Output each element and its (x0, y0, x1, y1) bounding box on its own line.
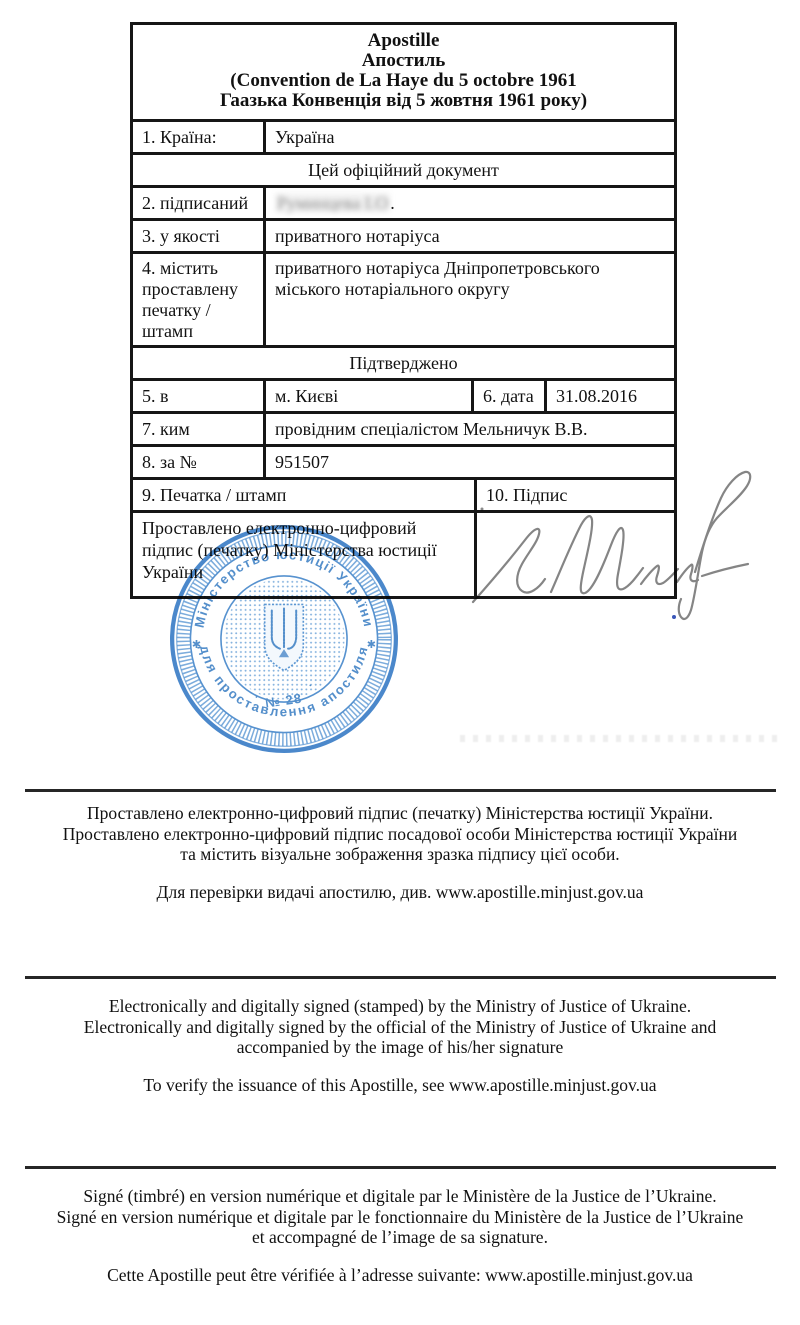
section-certified: Підтверджено (133, 348, 674, 378)
acting-as-label: 3. у якості (133, 221, 266, 251)
divider-rule-1 (25, 789, 776, 792)
trident-shield-icon (265, 604, 304, 670)
redacted-name-suffix: . (390, 193, 395, 213)
table-row-bears-seal: 4. містить проставлену печатку / штамп п… (133, 251, 674, 345)
table-row-signed-by: 2. підписаний Руминцева І.О. (133, 185, 674, 218)
title-apostille-ua: Апостиль (143, 51, 664, 71)
en-verification-line: To verify the issuance of this Apostille… (0, 1075, 800, 1096)
section-official-document: Цей офіційний документ (133, 155, 674, 185)
scan-noise (460, 735, 780, 742)
ua-line3: та містить візуальне зображення зразка п… (0, 844, 800, 865)
by-whom-label: 7. ким (133, 414, 266, 444)
ua-verification-line: Для перевірки видачі апостилю, див. www.… (0, 882, 800, 903)
handwritten-signature (455, 440, 775, 640)
number-label: 8. за № (133, 447, 266, 477)
title-convention-fr: (Convention de La Haye du 5 octobre 1961 (143, 71, 664, 91)
bears-seal-value-line1: приватного нотаріуса Дніпропетровського (275, 258, 665, 279)
place-value: м. Києві (266, 381, 474, 411)
en-line2: Electronically and digitally signed by t… (0, 1017, 800, 1038)
signed-by-value: Руминцева І.О. (266, 188, 674, 218)
table-header-row: Apostille Апостиль (Convention de La Hay… (133, 25, 674, 119)
country-label: 1. Країна: (133, 122, 266, 152)
table-row-section-certified: Підтверджено (133, 345, 674, 378)
fr-line1: Signé (timbré) en version numérique et d… (0, 1186, 800, 1207)
fr-verification-line: Cette Apostille peut être vérifiée à l’a… (0, 1265, 800, 1286)
english-certification-block: Electronically and digitally signed (sta… (0, 996, 800, 1095)
bears-seal-value: приватного нотаріуса Дніпропетровського … (266, 254, 674, 345)
seal-stamp-label: 9. Печатка / штамп (133, 480, 477, 510)
apostille-title-block: Apostille Апостиль (Convention de La Hay… (133, 25, 674, 119)
table-row-section-official-document: Цей офіційний документ (133, 152, 674, 185)
table-row-acting-as: 3. у якості приватного нотаріуса (133, 218, 674, 251)
pencil-dot (481, 508, 484, 511)
ministry-justice-round-stamp: Міністерство юстиції України для простав… (164, 519, 404, 759)
divider-rule-3 (25, 1166, 776, 1169)
fr-line3: et accompagné de l’image de sa signature… (0, 1227, 800, 1248)
country-value: Україна (266, 122, 674, 152)
table-row-country: 1. Країна: Україна (133, 119, 674, 152)
stamp-star-right-icon: ✱ (367, 639, 376, 651)
bears-seal-value-line2: міського нотаріального округу (275, 279, 665, 300)
redacted-name: Руминцева І.О (275, 193, 390, 213)
table-row-place-date: 5. в м. Києві 6. дата 31.08.2016 (133, 378, 674, 411)
signed-by-label: 2. підписаний (133, 188, 266, 218)
date-value: 31.08.2016 (547, 381, 674, 411)
title-convention-ua: Гаазька Конвенція від 5 жовтня 1961 року… (143, 91, 664, 111)
place-label: 5. в (133, 381, 266, 411)
ua-line2: Проставлено електронно-цифровий підпис п… (0, 824, 800, 845)
ua-line1: Проставлено електронно-цифровий підпис (… (0, 803, 800, 824)
french-certification-block: Signé (timbré) en version numérique et d… (0, 1186, 800, 1285)
scanned-apostille-document: Apostille Апостиль (Convention de La Hay… (0, 0, 800, 1325)
fr-line2: Signé en version numérique et digitale p… (0, 1207, 800, 1228)
stamp-star-left-icon: ✱ (192, 639, 201, 651)
en-line3: accompanied by the image of his/her sign… (0, 1037, 800, 1058)
en-line1: Electronically and digitally signed (sta… (0, 996, 800, 1017)
ukrainian-certification-block: Проставлено електронно-цифровий підпис (… (0, 803, 800, 902)
date-label: 6. дата (474, 381, 547, 411)
acting-as-value: приватного нотаріуса (266, 221, 674, 251)
divider-rule-2 (25, 976, 776, 979)
bears-seal-label: 4. містить проставлену печатку / штамп (133, 254, 266, 345)
ink-speck (672, 615, 676, 619)
title-apostille: Apostille (143, 31, 664, 51)
